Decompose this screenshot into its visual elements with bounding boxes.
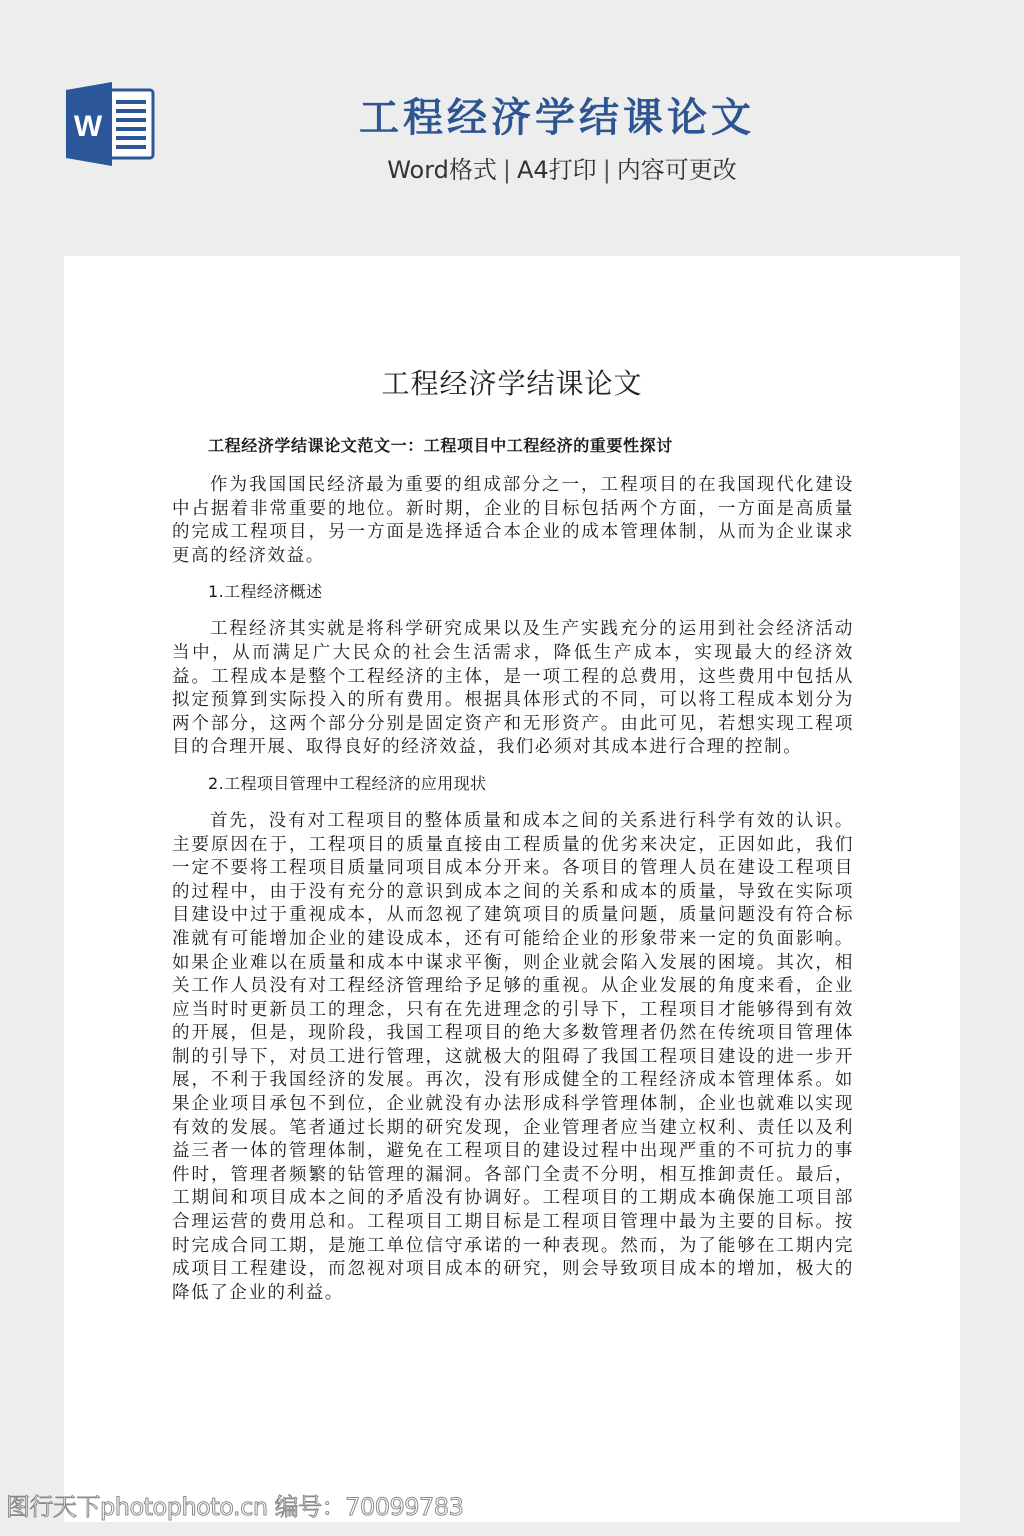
section-paragraph-2: 首先，没有对工程项目的整体质量和成本之间的关系进行科学有效的认识。主要原因在于，… <box>172 810 854 1305</box>
intro-paragraph: 作为我国国民经济最为重要的组成部分之一，工程项目的在我国现代化建设中占据着非常重… <box>172 474 854 568</box>
banner-subtitle: Word格式|A4打印|内容可更改 <box>300 153 824 187</box>
editable-label: 内容可更改 <box>617 156 737 184</box>
separator: | <box>503 153 511 187</box>
watermark-text: 图行天下photophoto.cn 编号：70099783 <box>6 1492 463 1522</box>
word-document-icon: W <box>64 80 156 166</box>
banner-header: W 工程经济学结课论文 Word格式|A4打印|内容可更改 <box>0 0 1024 256</box>
format-label: Word格式 <box>387 156 497 184</box>
banner-title: 工程经济学结课论文 <box>300 92 814 144</box>
section-heading-1: 1.工程经济概述 <box>172 580 854 604</box>
document-body: 工程经济学结课论文范文一：工程项目中工程经济的重要性探讨 作为我国国民经济最为重… <box>172 434 854 1317</box>
word-logo-letter: W <box>74 110 103 143</box>
document-title: 工程经济学结课论文 <box>64 364 960 404</box>
document-page: 工程经济学结课论文 工程经济学结课论文范文一：工程项目中工程经济的重要性探讨 作… <box>64 256 960 1522</box>
section-heading-2: 2.工程项目管理中工程经济的应用现状 <box>172 772 854 796</box>
print-label: A4打印 <box>517 156 597 184</box>
separator: | <box>603 153 611 187</box>
section-paragraph-1: 工程经济其实就是将科学研究成果以及生产实践充分的运用到社会经济活动当中，从而满足… <box>172 618 854 760</box>
document-subtitle: 工程经济学结课论文范文一：工程项目中工程经济的重要性探讨 <box>172 434 854 458</box>
